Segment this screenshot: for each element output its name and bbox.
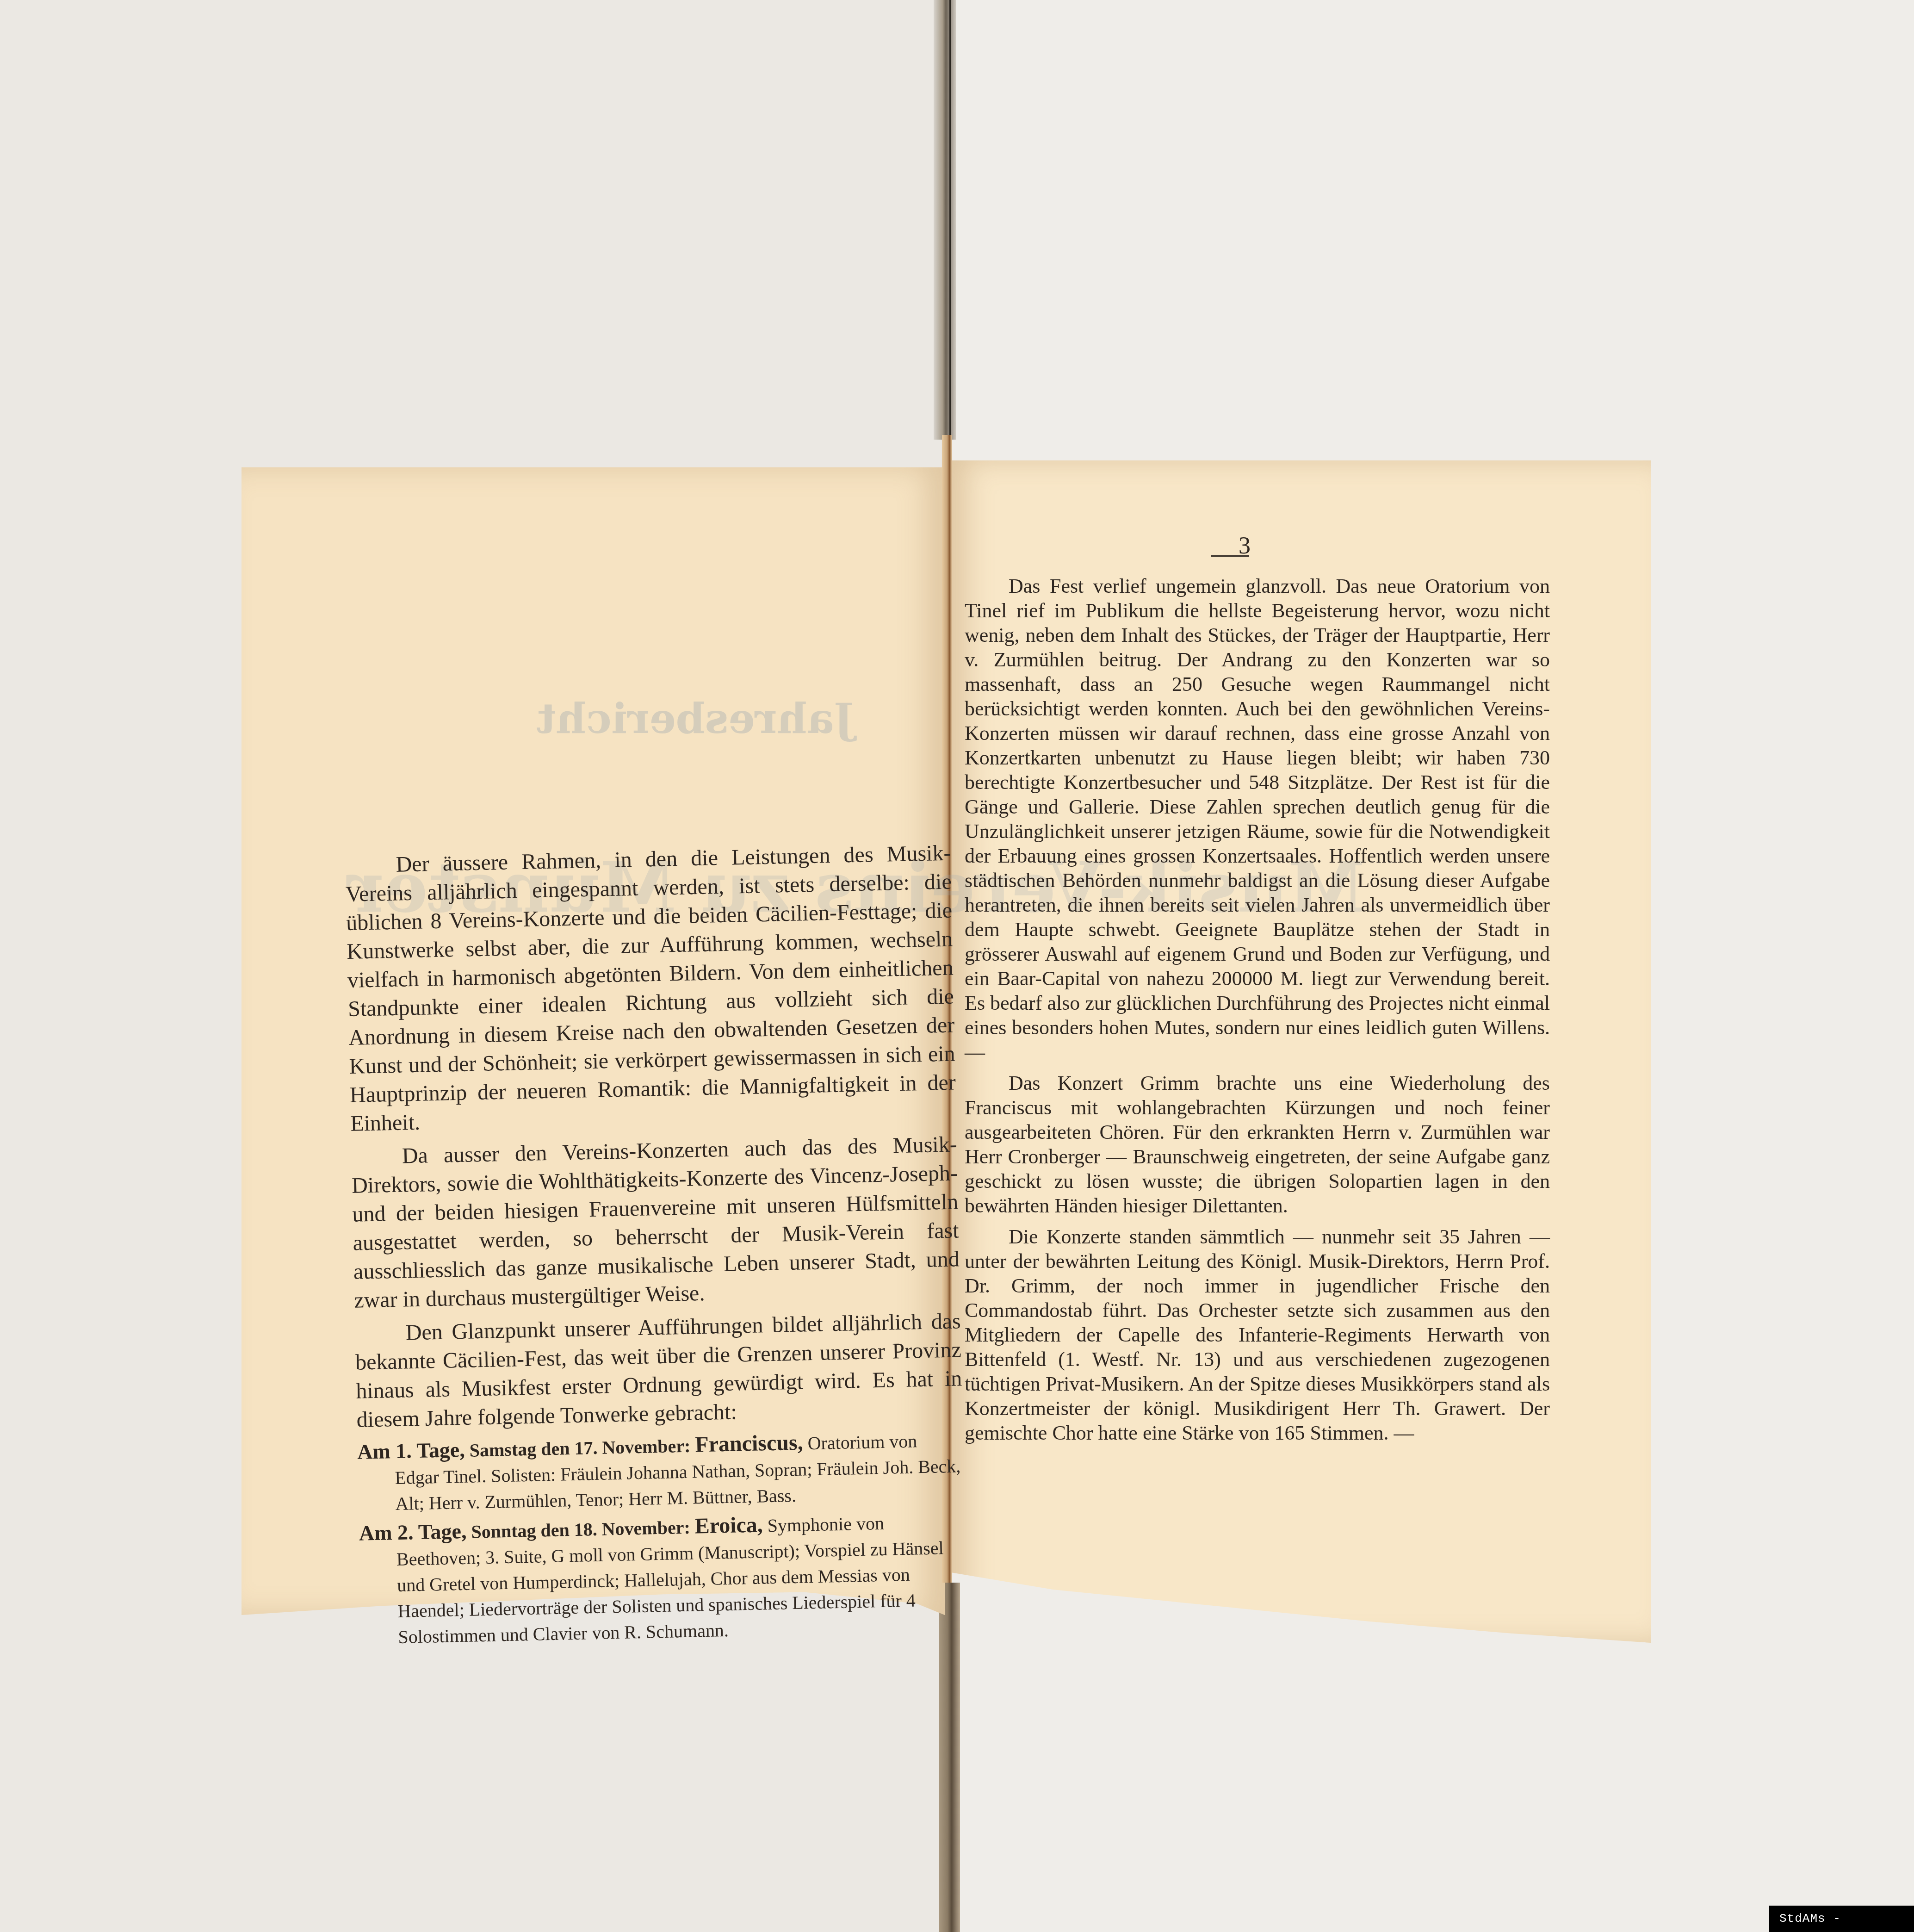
book-spine-top (934, 0, 956, 440)
paragraph: Der äussere Rahmen, in den die Leistunge… (345, 839, 957, 1138)
left-page-text: Der äussere Rahmen, in den die Leistunge… (345, 839, 967, 1654)
festival-work-title: Franciscus, (695, 1430, 803, 1457)
festival-work-title: Eroica, (694, 1512, 763, 1538)
festival-day-date: Sonntag den 18. November: (471, 1517, 690, 1542)
page-number-rule (1211, 555, 1249, 557)
spine-fold-line (949, 0, 951, 463)
bleed-through-title: Jahresbericht (537, 694, 854, 743)
festival-day-label: Am 1. Tage, (357, 1438, 465, 1464)
festival-day-item: Am 1. Tage, Samstag den 17. November: Fr… (357, 1426, 965, 1517)
festival-day-date: Samstag den 17. November: (469, 1435, 691, 1461)
festival-program-list: Am 1. Tage, Samstag den 17. November: Fr… (357, 1426, 967, 1651)
paragraph: Den Glanzpunkt unserer Aufführungen bild… (354, 1307, 963, 1434)
paragraph: Das Konzert Grimm brachte uns eine Wiede… (965, 1071, 1550, 1218)
archive-stamp: StdAMs - MV_004_446 (1769, 1906, 1914, 1932)
paragraph: Das Fest verlief ungemein glanzvoll. Das… (965, 574, 1550, 1064)
paragraph: Da ausser den Vereins-Konzerten auch das… (351, 1130, 960, 1315)
right-page-text: Das Fest verlief ungemein glanzvoll. Das… (965, 574, 1550, 1452)
festival-day-label: Am 2. Tage, (359, 1519, 467, 1545)
festival-day-item: Am 2. Tage, Sonntag den 18. November: Er… (359, 1508, 967, 1651)
paragraph: Die Konzerte standen sämmtlich — nunmehr… (965, 1224, 1550, 1445)
